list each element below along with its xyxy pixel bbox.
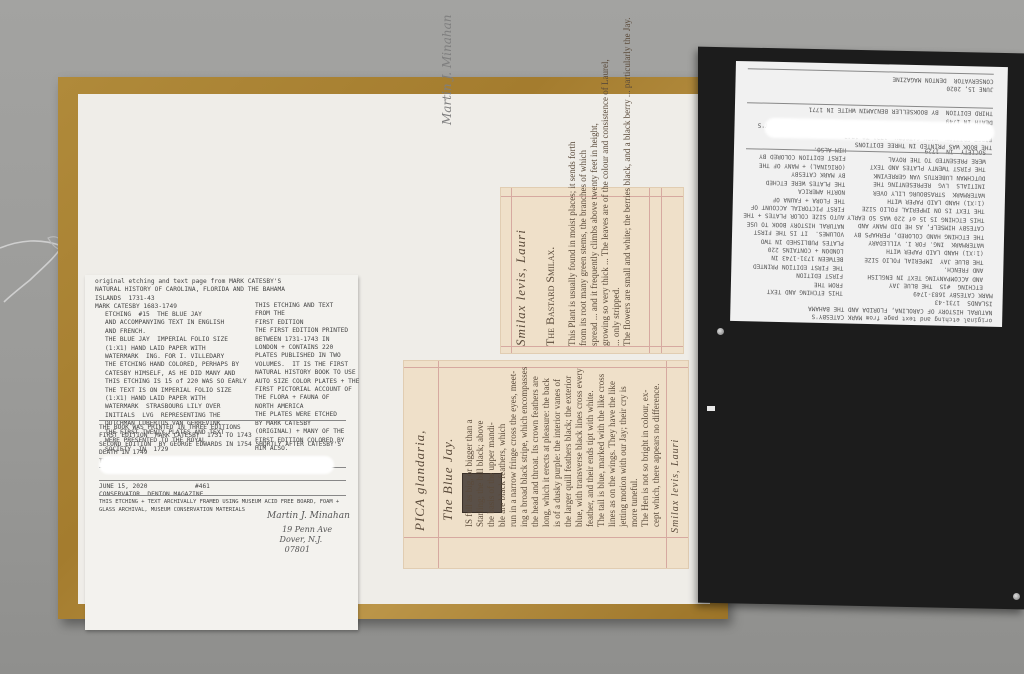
screw-icon	[717, 328, 724, 335]
leaf2-title: The Blue Jay.	[442, 438, 455, 521]
divider	[99, 480, 346, 481]
note-signature: Martin J. Minahan	[267, 511, 350, 521]
note-item-number: #461	[195, 483, 210, 491]
leaf2-latin-header: PICA glandaria,	[414, 430, 427, 531]
redacted-region	[99, 456, 334, 474]
leaf2-body-hen: The Hen is not so bright in colour, ex- …	[640, 383, 662, 527]
divider	[99, 420, 346, 421]
leaf1-body: This Plant is usually found in moist pla…	[567, 17, 633, 346]
leaf2-side-label: Smilax levis, Lauri	[670, 439, 681, 533]
leaf2-body: IS full as big, or bigger than a Starlin…	[464, 367, 640, 527]
copy-left-column: ETCHING #15 THE BLUE JAY AND ACCOMPANYIN…	[846, 145, 986, 291]
leaf1-running-head: Smilax levis, Lauri	[515, 196, 528, 346]
text-leaf-blue-jay: PICA glandaria, The Blue Jay. IS full as…	[403, 360, 689, 569]
screw-icon	[1013, 593, 1020, 600]
leaf1-title: The Bastard Smilax.	[545, 247, 557, 346]
note-address: 19 Penn Ave Dover, N.J. 07801	[277, 525, 332, 555]
copy-right-column: THIS ETCHING AND TEXT FROM THE FIRST EDI…	[742, 143, 847, 297]
mat-signature: Martin J. Minahan	[440, 14, 454, 125]
provenance-note-card: original etching and text page from MARK…	[85, 275, 358, 630]
copy-date-line: JUNE 15, 2020 CONSERVATOR DENTON MAGAZIN…	[892, 74, 994, 93]
text-leaf-smilax: Smilax levis, Lauri The Bastard Smilax. …	[500, 187, 684, 354]
divider	[99, 495, 346, 496]
backing-note-copy-upside-down: original etching and text page from MARK…	[730, 61, 1008, 327]
hinge-clip	[707, 406, 715, 411]
